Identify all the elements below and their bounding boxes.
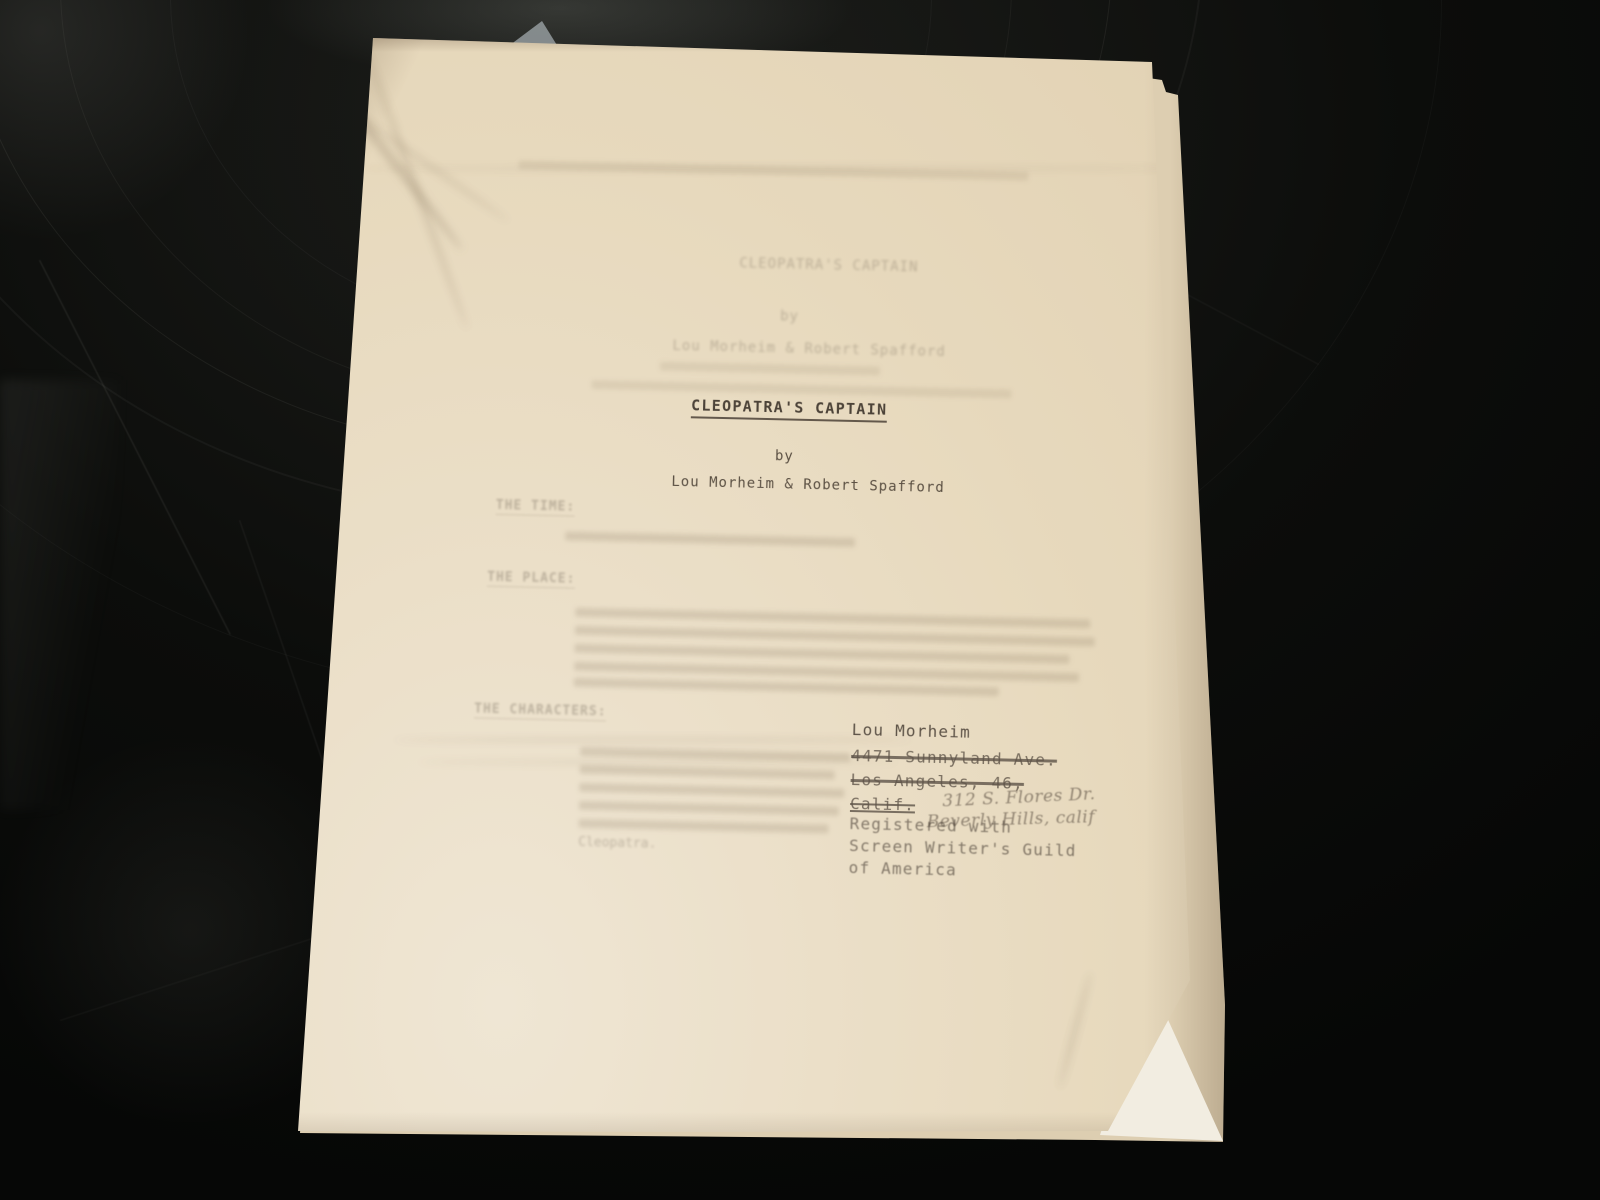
illegible-faint-line xyxy=(580,747,850,762)
section-heading-time: THE TIME: xyxy=(496,498,576,517)
manuscript-cover-page: CLEOPATRA'S CAPTAIN by Lou Morheim & Rob… xyxy=(298,38,1218,1138)
photo-of-manuscript: CLEOPATRA'S CAPTAIN by Lou Morheim & Rob… xyxy=(0,0,1600,1200)
section-heading-characters: THE CHARACTERS: xyxy=(474,701,607,721)
illegible-faint-line xyxy=(575,626,1095,647)
faint-word-cleopatra: Cleopatra. xyxy=(578,835,657,852)
illegible-faint-line xyxy=(574,678,999,697)
ghost-title: CLEOPATRA'S CAPTAIN xyxy=(739,255,918,275)
illegible-faint-line xyxy=(575,608,1090,629)
document-title: CLEOPATRA'S CAPTAIN xyxy=(691,396,888,422)
illegible-faint-line xyxy=(579,783,844,798)
struck-address-line-3: Calif. xyxy=(850,794,915,814)
byline: by xyxy=(775,448,794,464)
illegible-ghost-line xyxy=(518,160,1028,181)
registration-line-3: of America xyxy=(848,858,957,879)
illegible-faint-line xyxy=(565,531,855,547)
contact-name: Lou Morheim xyxy=(852,720,972,742)
authors: Lou Morheim & Robert Spafford xyxy=(671,474,945,496)
illegible-faint-line xyxy=(580,765,835,780)
illegible-faint-line xyxy=(574,644,1069,664)
illegible-faint-line xyxy=(578,819,828,834)
illegible-ghost-line xyxy=(591,380,1011,399)
illegible-ghost-line xyxy=(660,362,880,376)
struck-address-line-1: 4471 Sunnyland Ave. xyxy=(851,746,1057,770)
registration-line-2: Screen Writer's Guild xyxy=(849,836,1077,860)
typed-text-layer: CLEOPATRA'S CAPTAIN by Lou Morheim & Rob… xyxy=(274,35,1219,1156)
table-scratch-line xyxy=(60,927,346,1021)
registration-line-1: Registered with xyxy=(849,814,1012,837)
section-heading-place: THE PLACE: xyxy=(487,570,576,589)
table-reflection xyxy=(0,380,120,810)
ghost-authors: Lou Morheim & Robert Spafford xyxy=(672,338,946,360)
ghost-byline: by xyxy=(780,308,799,324)
illegible-faint-line xyxy=(579,801,839,816)
